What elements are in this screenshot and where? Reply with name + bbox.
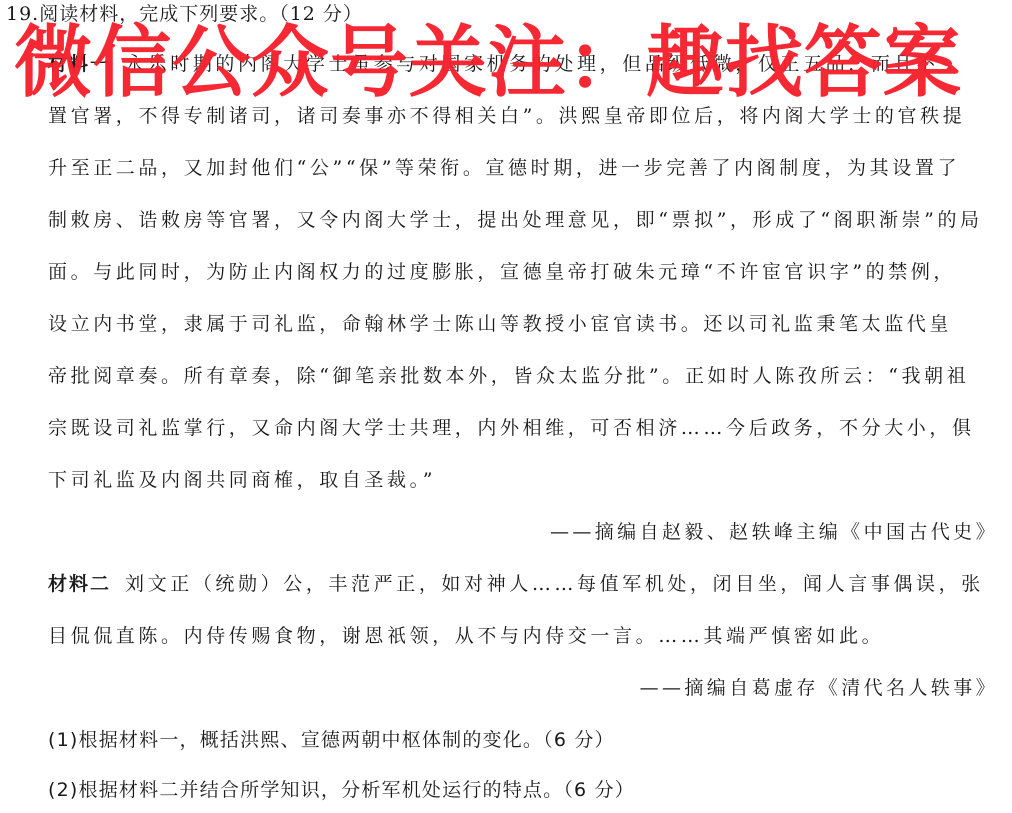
material-two-source: ——摘编自葛虚存《清代名人轶事》 xyxy=(640,676,998,700)
material-one-line-6: 设立内书堂，隶属于司礼监，命翰林学士陈山等教授小宦官读书。还以司礼监秉笔太监代皇 xyxy=(48,312,998,336)
exam-page: 19.阅读材料，完成下列要求。（12 分） 微信公众号关注：趣找答案 材料一永乐… xyxy=(0,0,1012,813)
material-one-line-5: 面。与此同时，为防止内阁权力的过度膨胀，宣德皇帝打破朱元璋“不许宦官识字”的禁例… xyxy=(48,260,998,284)
sub-question-1: (1)根据材料一，概括洪熙、宣德两朝中枢体制的变化。（6 分） xyxy=(48,728,615,752)
question-title-text: 阅读材料，完成下列要求。（12 分） xyxy=(39,3,363,25)
material-one-line-8: 宗既设司礼监掌行，又命内阁大学士共理，内外相维，可否相济……今后政务，不分大小，… xyxy=(48,416,998,440)
sub-question-2: (2)根据材料二并结合所学知识，分析军机处运行的特点。（6 分） xyxy=(48,778,635,802)
material-two-line-1: 材料二刘文正（统勋）公，丰范严正，如对神人……每值军机处，闭目坐，闻人言事偶误，… xyxy=(48,572,998,596)
question-title: 19.阅读材料，完成下列要求。（12 分） xyxy=(6,2,956,26)
material-two-line-2: 目侃侃直陈。内侍传赐食物，谢恩祇领，从不与内侍交一言。……其端严慎密如此。 xyxy=(48,624,998,648)
material-two-label: 材料二 xyxy=(48,573,111,595)
material-one-line-2: 置官署，不得专制诸司，诸司奏事亦不得相关白”。洪熙皇帝即位后，将内阁大学士的官秩… xyxy=(48,104,998,128)
material-one-source: ——摘编自赵毅、赵轶峰主编《中国古代史》 xyxy=(550,520,998,544)
material-one-text-1: 永乐时期的内阁大学士虽参与对国家机务的处理，但品级低微，仅正五品，而且不 xyxy=(125,53,939,75)
material-one-line-4: 制敕房、诰敕房等官署，又令内阁大学士，提出处理意见，即“票拟”，形成了“阁职渐崇… xyxy=(48,208,998,232)
material-one-line-1: 材料一永乐时期的内阁大学士虽参与对国家机务的处理，但品级低微，仅正五品，而且不 xyxy=(48,52,998,76)
material-one-label: 材料一 xyxy=(48,53,111,75)
material-one-line-3: 升至正二品，又加封他们“公”“保”等荣衔。宣德时期，进一步完善了内阁制度，为其设… xyxy=(48,156,998,180)
material-one-line-7: 帝批阅章奏。所有章奏，除“御笔亲批数本外，皆众太监分批”。正如时人陈孜所云：“我… xyxy=(48,364,998,388)
question-number: 19. xyxy=(6,3,39,25)
material-one-line-9: 下司礼监及内阁共同商榷，取自圣裁。” xyxy=(48,468,998,492)
material-two-text-1: 刘文正（统勋）公，丰范严正，如对神人……每值军机处，闭目坐，闻人言事偶误，张 xyxy=(125,573,984,595)
